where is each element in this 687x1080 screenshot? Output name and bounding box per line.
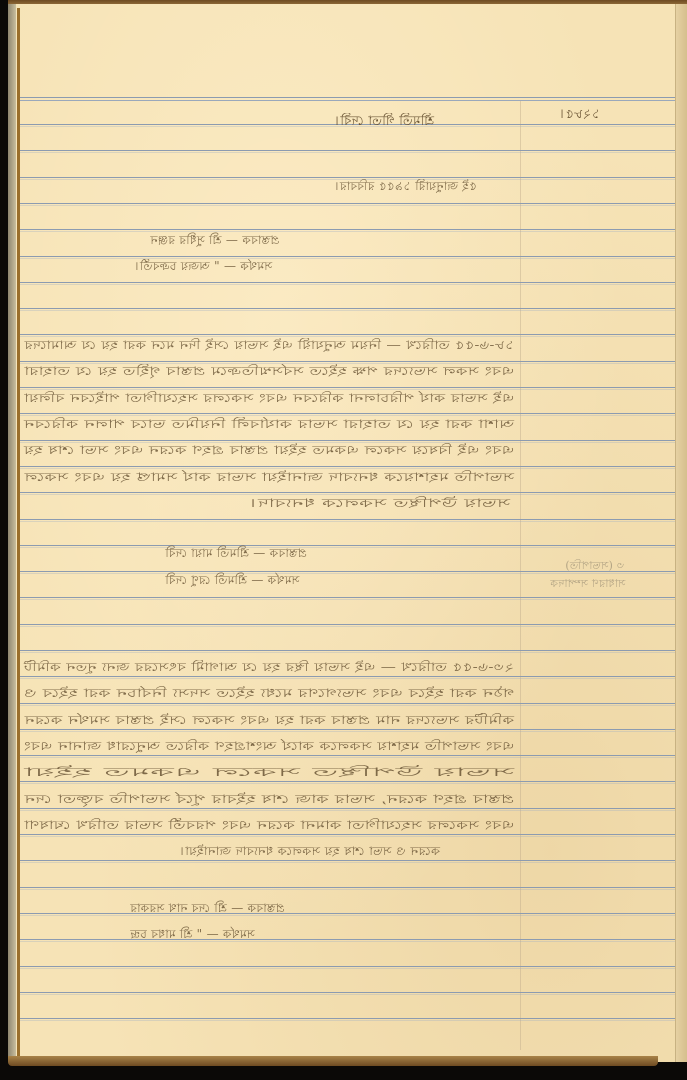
ruled-line (20, 492, 675, 493)
handwritten-line: সভাপতি মহাশয়কে ধন্যবাদ জানাইয়া সভার কা… (24, 469, 514, 489)
notebook-page (8, 4, 687, 1062)
right-margin-line (520, 100, 521, 1050)
ruled-line (20, 519, 675, 520)
ruled-line (20, 387, 675, 388)
ruled-line (20, 334, 675, 335)
ruled-line (20, 913, 675, 914)
ruled-line (20, 361, 675, 362)
ruled-line (20, 97, 675, 98)
margin-note: ৩ (সভাপতি) (565, 557, 624, 576)
seconder-line: সমর্থক — " শ্রী মাধব চন্দ্র (130, 926, 255, 946)
proposer-line: প্রস্তাবক — শ্রী সুধীর রঞ্জন (150, 232, 279, 252)
ruled-line (20, 966, 675, 967)
ruled-line (20, 650, 675, 651)
handwritten-line: করেন ও সভা শেষ হয় সকলকে ধন্যবাদ জানাইয়… (180, 843, 440, 863)
handwritten-line: ২৩-৬-৫৫ তারিখে — এই সভায় স্থির হয় যে আ… (24, 659, 514, 679)
left-margin-rule (17, 8, 20, 1058)
ruled-line (20, 597, 675, 598)
subheading-date: ৫ই জানুয়ারী ১৯৫৫ রবিবার। (335, 178, 477, 198)
handwritten-line: এই সভার কার্য পরিচালনা করিবেন এবং সকলের … (24, 390, 514, 410)
ruled-line (20, 229, 675, 230)
page-number: ১২৮৫। (560, 105, 600, 126)
ruled-line (20, 413, 675, 414)
seconder-line: সমর্থক — " অজয় চক্রবর্তী। (135, 258, 272, 278)
ruled-line (20, 624, 675, 625)
handwritten-line: সভায় উপস্থিত সকলে একমত হইয়া (23, 764, 514, 784)
heading: শ্রীমতী গীতা দেবী। (335, 112, 434, 133)
margin-note: সাধারণ সম্পাদক (550, 575, 625, 594)
handwritten-line: সভায় উপস্থিত সকলকে ধন্যবাদ। (250, 495, 510, 515)
handwritten-line: আশা করা হয় যে তাহারা সভার কার্যাবলী নিয… (23, 416, 514, 436)
handwritten-line: এবং সভাপতি মহাশয় সকলকে কার্যে অংশগ্রহণ … (24, 738, 514, 758)
ruled-line (20, 150, 675, 151)
ruled-line (20, 256, 675, 257)
ruled-line (20, 887, 675, 888)
handwritten-line: এবং সকলের সহযোগিতা কামনা করেন এবং পরবর্ত… (24, 817, 514, 837)
handwritten-line: কমিটির সভ্যদের নাম প্রস্তাব করা হয় এবং … (24, 712, 514, 732)
ruled-line (20, 466, 675, 467)
page-right-edge (675, 4, 687, 1062)
ruled-line (20, 203, 675, 204)
ruled-line (20, 440, 675, 441)
handwritten-line: গঠন করা হইবে এবং সভ্যগণের মধ্যে হইতে সদস… (23, 685, 514, 705)
seconder-line: সমর্থক — শ্রীমতী রেণু দেবী (165, 572, 299, 592)
handwritten-line: এবং এই বিষয়ে সকলে একমত হইয়া প্রস্তাব গ… (23, 442, 514, 462)
binding-strip (8, 4, 16, 1062)
proposer-line: প্রস্তাবক — শ্রী দেব নাথ সরকার (130, 900, 285, 920)
ruled-line (20, 1018, 675, 1019)
ruled-line (20, 308, 675, 309)
ruled-line (20, 545, 675, 546)
ruled-line (20, 939, 675, 940)
page-bottom-edge (8, 1056, 658, 1066)
ruled-line (20, 282, 675, 283)
ruled-line (20, 992, 675, 993)
proposer-line: প্রস্তাবক — শ্রীমতী মায়া দেবী (165, 545, 307, 565)
handwritten-line: প্রস্তাব গ্রহণ করেন, সভার কাজ শেষ হইবার … (24, 791, 514, 811)
handwritten-line: এবং সকল সভ্যদের পক্ষ হইতে সর্বসম্মতিক্রম… (24, 363, 514, 383)
handwritten-line: ১৮-৬-৫৫ তারিখে — নিয়ম অনুযায়ী এই সভায়… (24, 337, 514, 357)
